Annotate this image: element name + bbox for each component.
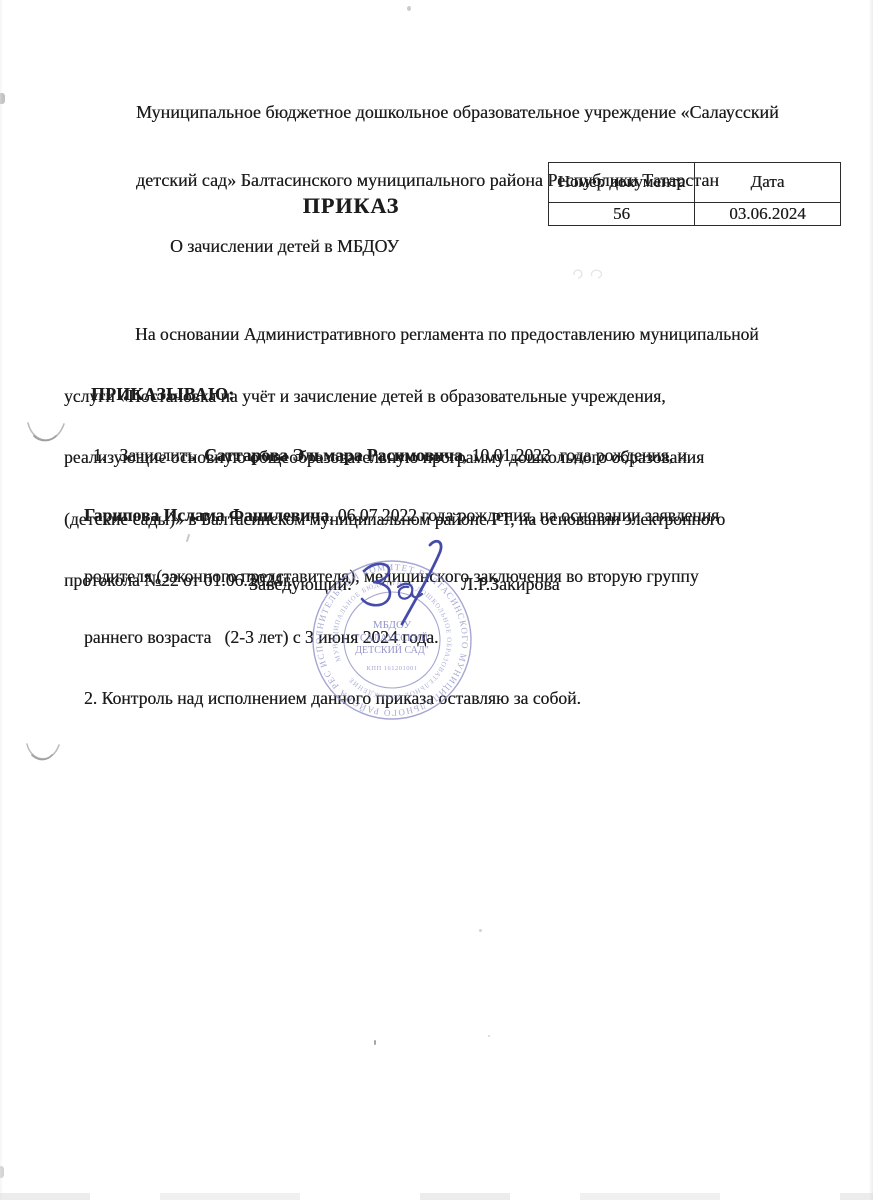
- stamp-kpp-text: КПП 161201001: [366, 665, 417, 672]
- order-item-1-line: Гарипова Ислама Фанилевича, 06.07.2022 г…: [84, 505, 719, 525]
- order-subject: О зачислении детей в МБДОУ: [170, 236, 399, 257]
- item1-text: , 10.01.2023 года рождения, и: [463, 445, 687, 465]
- scanned-order-page: Муниципальное бюджетное дошкольное образ…: [0, 0, 873, 1200]
- doc-date-value-cell: 03.06.2024: [695, 203, 841, 226]
- signature-role-label: Заведующий:: [249, 574, 352, 595]
- punch-hole-artifact-bottom: [25, 740, 65, 772]
- scan-speck: [488, 1035, 490, 1037]
- scan-speck: [407, 6, 411, 11]
- stamp-center-line3: ДЕТСКИЙ САД": [355, 644, 429, 656]
- punch-hole-artifact-top: [26, 418, 66, 450]
- doc-number-value-cell: 56: [549, 203, 695, 226]
- scan-edge-left: [0, 0, 3, 1200]
- signature-ink-strokes: [342, 537, 460, 629]
- scan-smudge: [566, 268, 606, 282]
- item1-text: 1. Зачислить: [93, 445, 204, 465]
- scan-speck: [479, 929, 482, 932]
- table-header-row: Номер документа Дата: [549, 163, 841, 203]
- item1-text: , 06.07.2022 года рождения, на основании…: [329, 505, 719, 525]
- table-value-row: 56 03.06.2024: [549, 203, 841, 226]
- child-name-2: Гарипова Ислама Фанилевича: [84, 505, 329, 525]
- body-line: На основании Административного регламент…: [64, 324, 759, 345]
- letterhead-line: Муниципальное бюджетное дошкольное образ…: [136, 101, 779, 124]
- scan-edge-bottom: [0, 1193, 873, 1200]
- order-item-1-line: 1. Зачислить Саттарова Эльмара Расимович…: [84, 445, 719, 465]
- child-name-1: Саттарова Эльмара Расимовича: [204, 445, 463, 465]
- resolution-heading: ПРИКАЗЫВАЮ:: [91, 384, 234, 405]
- order-title: ПРИКАЗ: [256, 193, 446, 219]
- scan-speck: [374, 1040, 376, 1045]
- doc-date-header-cell: Дата: [695, 163, 841, 203]
- scan-edge-right: [869, 0, 873, 1200]
- stamp-center-line2: "САЛАУССКИЙ: [356, 632, 428, 644]
- doc-number-header-cell: Номер документа: [549, 163, 695, 203]
- signature-handwriting: [342, 537, 460, 629]
- signatory-name: Л.Р.Закирова: [461, 574, 560, 595]
- doc-number-table: Номер документа Дата 56 03.06.2024: [548, 162, 841, 226]
